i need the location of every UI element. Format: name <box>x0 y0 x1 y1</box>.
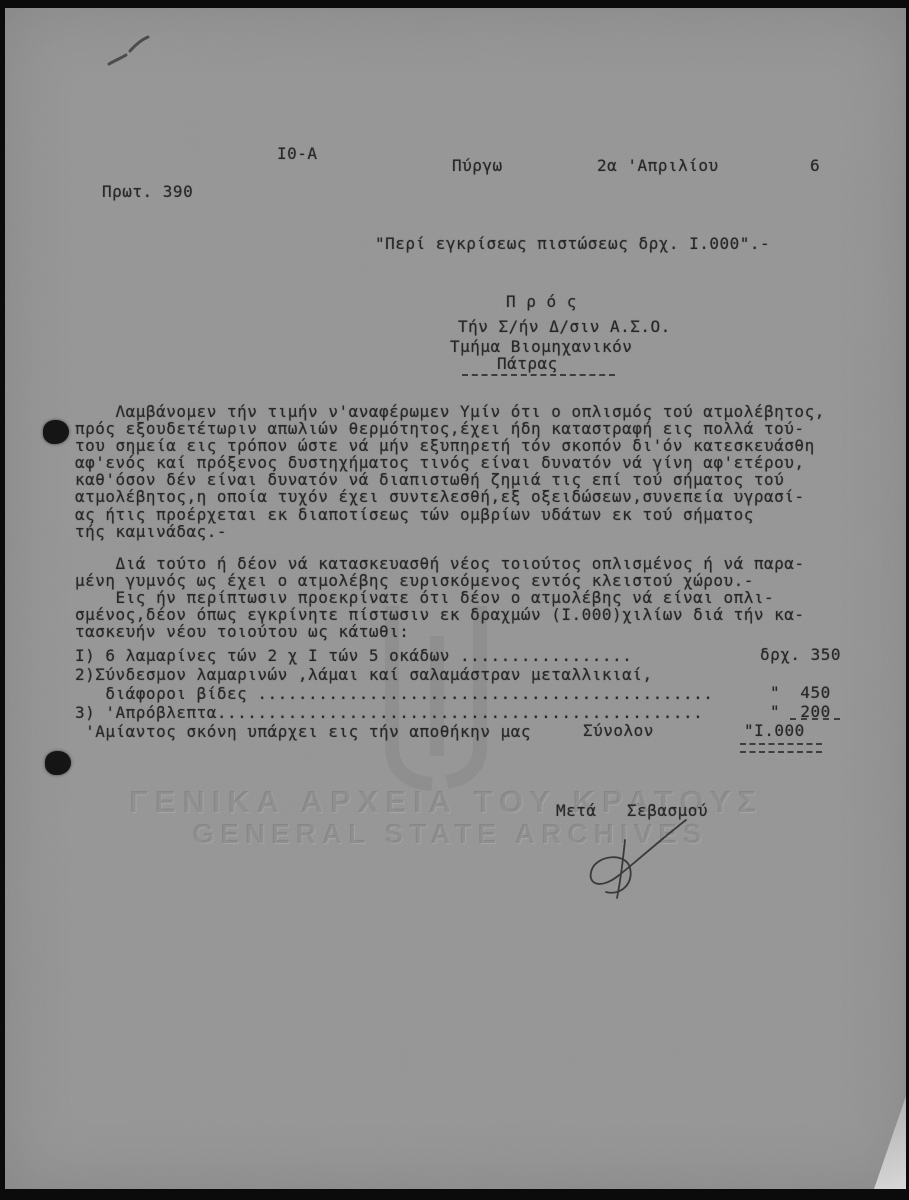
subject-line: "Περί εγκρίσεως πιστώσεως δρχ. Ι.000".- <box>375 235 770 252</box>
recipient-line1: Τήν Σ/ήν Δ/σιν Α.Σ.Ο. <box>458 318 671 335</box>
body-paragraph-2: Διά τούτο ή δέον νά κατασκευασθή νέος το… <box>75 555 805 589</box>
scanned-letter: ΓΕΝΙΚΑ ΑΡΧΕΙΑ ΤΟΥ ΚΡΑΤΟΥΣ GENERAL STATE … <box>0 0 909 1200</box>
protocol-number: Πρωτ. 390 <box>102 183 193 200</box>
recipient-salutation: Π ρ ό ς <box>506 293 577 310</box>
year-digit: 6 <box>810 157 820 174</box>
body-paragraph-1: Λαμβάνομεν τήν τιμήν ν'αναφέρωμεν Υμίν ό… <box>75 403 825 540</box>
item3-amount-underline <box>790 704 840 720</box>
recipient-line2: Τμήμα Βιομηχανικόν <box>450 338 632 355</box>
item2-amount: " 450 <box>770 684 831 701</box>
classification-number: Ι0-Α <box>277 145 318 162</box>
date-text: 2α 'Απριλίου <box>597 157 719 174</box>
handwritten-signature <box>578 812 698 907</box>
place-name: Πύργω <box>452 157 503 174</box>
total-label: Σύνολον <box>583 722 654 739</box>
pen-mark <box>95 28 165 78</box>
total-underline-2 <box>740 737 822 753</box>
item1-amount: δρχ. 350 <box>760 646 841 663</box>
recipient-city-underline <box>462 360 615 376</box>
body-paragraph-3: Εις ήν περίπτωσιν προεκρίνατε ότι δέον ο… <box>75 589 805 640</box>
